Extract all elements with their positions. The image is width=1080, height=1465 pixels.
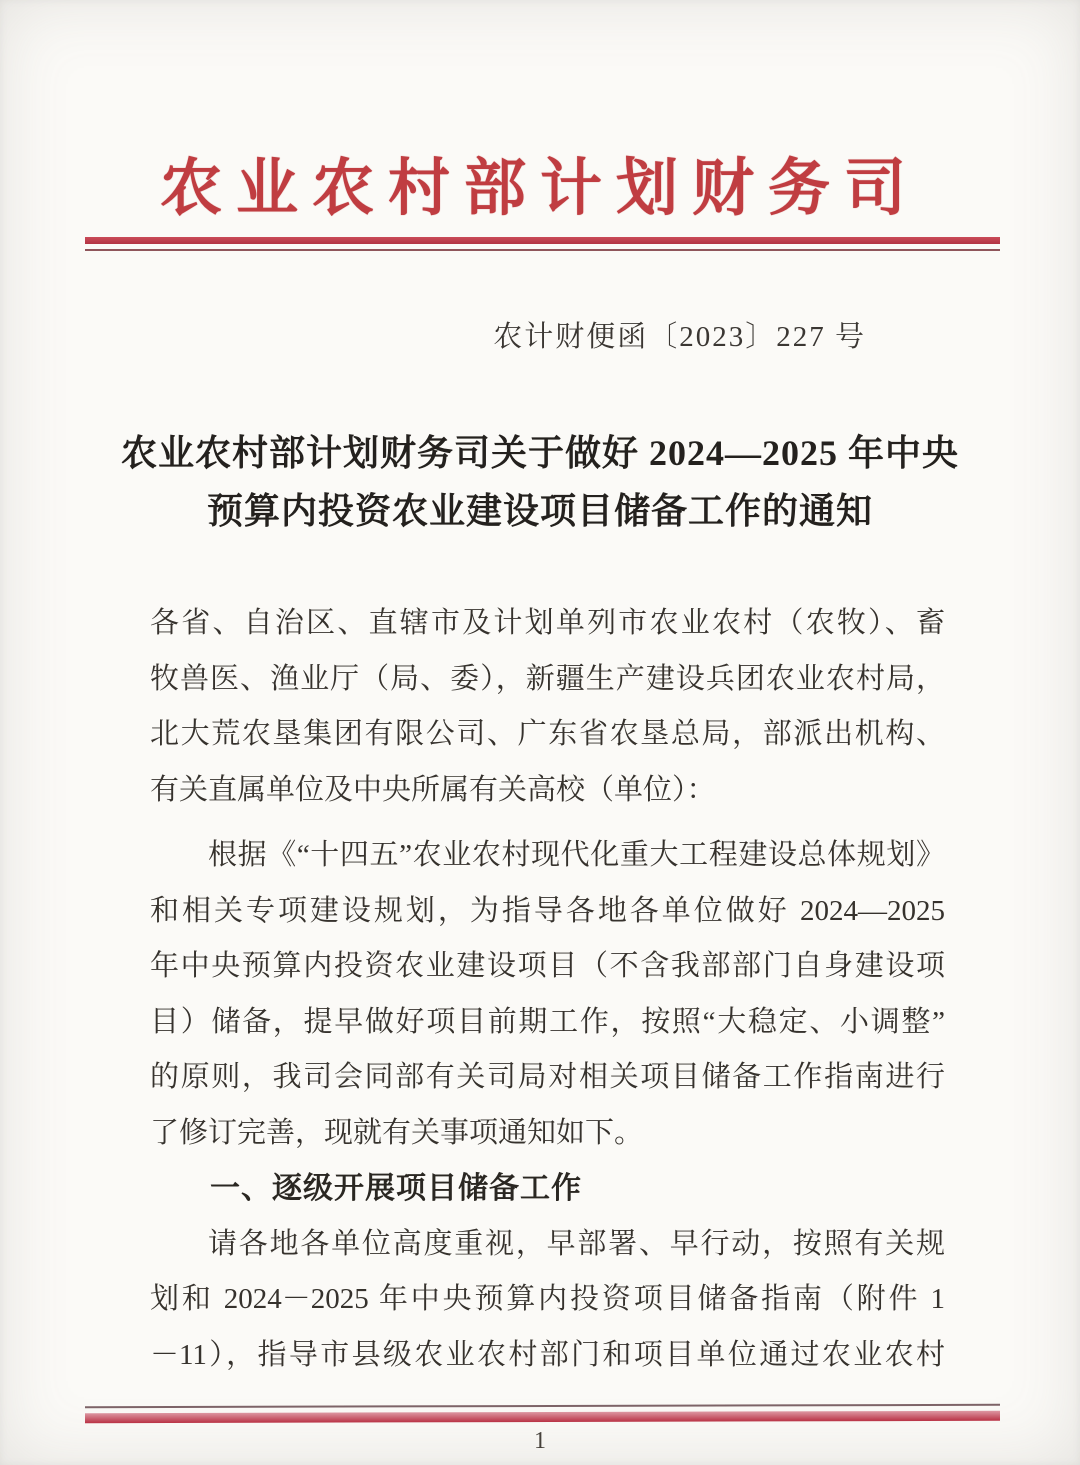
body-line: 根据《“十四五”农业农村现代化重大工程建设总体规划》 xyxy=(150,828,945,884)
recipients-line: 有关直属单位及中央所属有关高校（单位）： xyxy=(150,763,945,819)
body-line: 请各地各单位高度重视，早部署、早行动，按照有关规 xyxy=(150,1217,945,1273)
page-number: 1 xyxy=(0,1428,1080,1455)
header-rule-thick xyxy=(85,237,1000,244)
recipients-line: 各省、自治区、直辖市及计划单列市农业农村（农牧）、畜 xyxy=(150,596,945,652)
document-page: 农业农村部计划财务司 农计财便函〔2023〕227 号 农业农村部计划财务司关于… xyxy=(0,0,1080,1465)
document-title-line2: 预算内投资农业建设项目储备工作的通知 xyxy=(100,482,980,540)
footer-rule-thick xyxy=(85,1411,1000,1423)
document-body: 各省、自治区、直辖市及计划单列市农业农村（农牧）、畜 牧兽医、渔业厅（局、委），… xyxy=(150,596,945,1383)
body-line: －11），指导市县级农业农村部门和项目单位通过农业农村 xyxy=(150,1328,945,1384)
footer-rule-thin xyxy=(85,1404,1000,1408)
body-line: 年中央预算内投资农业建设项目（不含我部部门自身建设项 xyxy=(150,939,945,995)
body-line: 的原则，我司会同部有关司局对相关项目储备工作指南进行 xyxy=(150,1050,945,1106)
body-line: 了修订完善，现就有关事项通知如下。 xyxy=(150,1106,945,1162)
body-line: 目）储备，提早做好项目前期工作，按照“大稳定、小调整” xyxy=(150,995,945,1051)
recipients-line: 北大荒农垦集团有限公司、广东省农垦总局，部派出机构、 xyxy=(150,707,945,763)
recipients-line: 牧兽医、渔业厅（局、委），新疆生产建设兵团农业农村局， xyxy=(150,652,945,708)
document-title: 农业农村部计划财务司关于做好 2024—2025 年中央 预算内投资农业建设项目… xyxy=(100,424,980,540)
header-rule-thin xyxy=(85,249,1000,251)
body-line: 和相关专项建设规划，为指导各地各单位做好 2024—2025 xyxy=(150,884,945,940)
document-title-line1: 农业农村部计划财务司关于做好 2024—2025 年中央 xyxy=(100,424,980,482)
letterhead-title: 农业农村部计划财务司 xyxy=(0,138,1080,227)
body-line: 划和 2024－2025 年中央预算内投资项目储备指南（附件 1 xyxy=(150,1272,945,1328)
section-1-heading: 一、逐级开展项目储备工作 xyxy=(150,1161,945,1217)
document-number: 农计财便函〔2023〕227 号 xyxy=(0,314,866,355)
